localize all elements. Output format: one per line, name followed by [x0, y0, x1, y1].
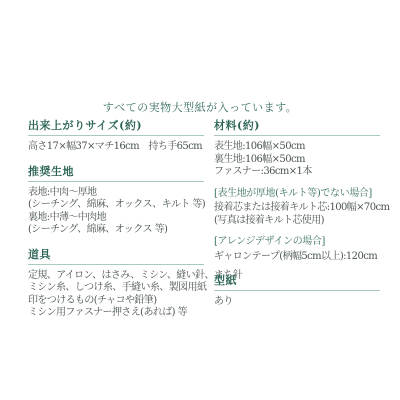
section-recommended-fabric: 推奨生地 表地:中肉〜厚地 (シーチング、綿麻、オックス、キルト 等) 裏地:中… [28, 163, 204, 237]
section-interfacing-note: [表生地が厚地(キルト等)でない場合] 接着芯または接着キルト芯:100幅×70… [214, 188, 380, 228]
section-title-materials: 材料(約) [214, 117, 380, 136]
outer-fabric-weight: 表地:中肉〜厚地 [28, 187, 204, 200]
interfacing-amount: 接着芯または接着キルト芯:100幅×70cm [214, 202, 380, 215]
pattern-included-note: すべての実物大型紙が入っています。 [0, 99, 400, 115]
section-materials: 材料(約) 表生地:106幅×50cm 裏生地:106幅×50cm ファスナー:… [214, 117, 380, 179]
section-tools: 道具 定規、アイロン、はさみ、ミシン、縫い針、まち針 ミシン糸、しつけ糸、手縫い… [28, 246, 204, 320]
lining-fabric-examples: (シーチング、綿麻、オックス 等) [28, 224, 204, 237]
tools-line-4: ミシン用ファスナー押さえ(あれば) 等 [28, 307, 204, 320]
zipper-amount: ファスナー:36cm×1本 [214, 166, 380, 179]
section-title-pattern: 型紙 [214, 272, 380, 291]
left-column: 出来上がりサイズ(約) 高さ17×幅37×マチ16cm 持ち手65cm 推奨生地… [28, 117, 204, 329]
section-title-finished-size: 出来上がりサイズ(約) [28, 117, 204, 136]
finished-size-dimensions: 高さ17×幅37×マチ16cm 持ち手65cm [28, 141, 204, 154]
spec-sheet: すべての実物大型紙が入っています。 出来上がりサイズ(約) 高さ17×幅37×マ… [0, 0, 400, 400]
two-column-layout: 出来上がりサイズ(約) 高さ17×幅37×マチ16cm 持ち手65cm 推奨生地… [28, 117, 380, 329]
tools-line-3: 印をつけるもの(チャコや鉛筆) [28, 295, 204, 308]
lining-fabric-amount: 裏生地:106幅×50cm [214, 154, 380, 167]
interfacing-photo-note: (写真は接着キルト芯使用) [214, 215, 380, 228]
tools-line-1: 定規、アイロン、はさみ、ミシン、縫い針、まち針 [28, 270, 204, 283]
pattern-availability: あり [214, 296, 380, 309]
section-finished-size: 出来上がりサイズ(約) 高さ17×幅37×マチ16cm 持ち手65cm [28, 117, 204, 154]
tools-line-2: ミシン糸、しつけ糸、手縫い糸、製図用紙 [28, 282, 204, 295]
section-arrange-note: [アレンジデザインの場合] ギャロンテープ(柄幅5cm以上):120cm [214, 236, 380, 263]
section-pattern: 型紙 あり [214, 272, 380, 309]
section-title-tools: 道具 [28, 246, 204, 265]
arrange-condition-label: [アレンジデザインの場合] [214, 236, 380, 249]
section-title-recommended-fabric: 推奨生地 [28, 163, 204, 182]
outer-fabric-examples: (シーチング、綿麻、オックス、キルト 等) [28, 199, 204, 212]
outer-fabric-amount: 表生地:106幅×50cm [214, 141, 380, 154]
interfacing-condition-label: [表生地が厚地(キルト等)でない場合] [214, 188, 380, 201]
right-column: 材料(約) 表生地:106幅×50cm 裏生地:106幅×50cm ファスナー:… [214, 117, 380, 329]
lining-fabric-weight: 裏地:中薄〜中肉地 [28, 212, 204, 225]
galon-tape-amount: ギャロンテープ(柄幅5cm以上):120cm [214, 251, 380, 264]
